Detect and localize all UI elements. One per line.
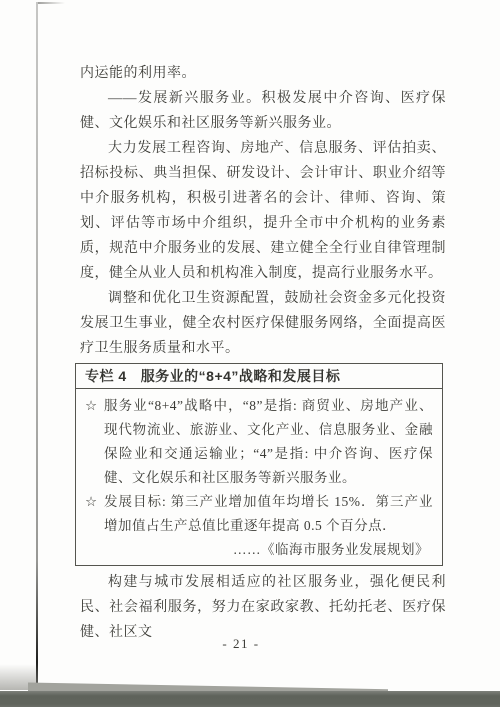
highlight-panel: 专栏 4服务业的“8+4”战略和发展目标 ☆服务业“8+4”战略中，“8”是指:… bbox=[75, 363, 443, 566]
panel-item-text: 发展目标: 第三产业增加值年均增长 15%．第三产业增加值占生产总值比重逐年提高… bbox=[104, 494, 433, 533]
panel-item-text: 服务业“8+4”战略中，“8”是指: 商贸业、房地产业、现代物流业、旅游业、文化… bbox=[104, 398, 433, 485]
body-paragraph: 调整和优化卫生资源配置，鼓励社会资金多元化投资发展卫生事业，健全农村医疗保健服务… bbox=[80, 286, 446, 361]
page-top-edge-shadow bbox=[37, 2, 65, 4]
star-icon: ☆ bbox=[85, 394, 98, 418]
body-paragraph: 大力发展工程咨询、房地产、信息服务、评估拍卖、招标投标、典当担保、研发设计、会计… bbox=[80, 136, 446, 286]
document-body: 内运能的利用率。 ——发展新兴服务业。积极发展中介咨询、医疗保健、文化娱乐和社区… bbox=[80, 61, 446, 645]
panel-item: ☆服务业“8+4”战略中，“8”是指: 商贸业、房地产业、现代物流业、旅游业、文… bbox=[85, 394, 433, 490]
page-left-edge-shadow bbox=[36, 2, 38, 683]
body-paragraph: ——发展新兴服务业。积极发展中介咨询、医疗保健、文化娱乐和社区服务等新兴服务业。 bbox=[80, 86, 446, 136]
panel-label: 专栏 4 bbox=[85, 368, 127, 384]
scan-bottom-shadow bbox=[0, 691, 500, 707]
body-paragraph: 构建与城市发展相适应的社区服务业，强化便民利民、社会福利服务，努力在家政家教、托… bbox=[80, 570, 446, 645]
panel-header: 专栏 4服务业的“8+4”战略和发展目标 bbox=[76, 364, 442, 389]
star-icon: ☆ bbox=[85, 490, 98, 514]
panel-title: 服务业的“8+4”战略和发展目标 bbox=[141, 368, 341, 384]
panel-attribution: ……《临海市服务业发展规划》 bbox=[85, 538, 433, 562]
body-paragraph: 内运能的利用率。 bbox=[80, 61, 446, 86]
page-number: - 21 - bbox=[0, 636, 482, 652]
scanned-document-page: 内运能的利用率。 ——发展新兴服务业。积极发展中介咨询、医疗保健、文化娱乐和社区… bbox=[0, 0, 500, 707]
panel-body: ☆服务业“8+4”战略中，“8”是指: 商贸业、房地产业、现代物流业、旅游业、文… bbox=[76, 389, 442, 565]
panel-item: ☆发展目标: 第三产业增加值年均增长 15%．第三产业增加值占生产总值比重逐年提… bbox=[85, 490, 433, 538]
